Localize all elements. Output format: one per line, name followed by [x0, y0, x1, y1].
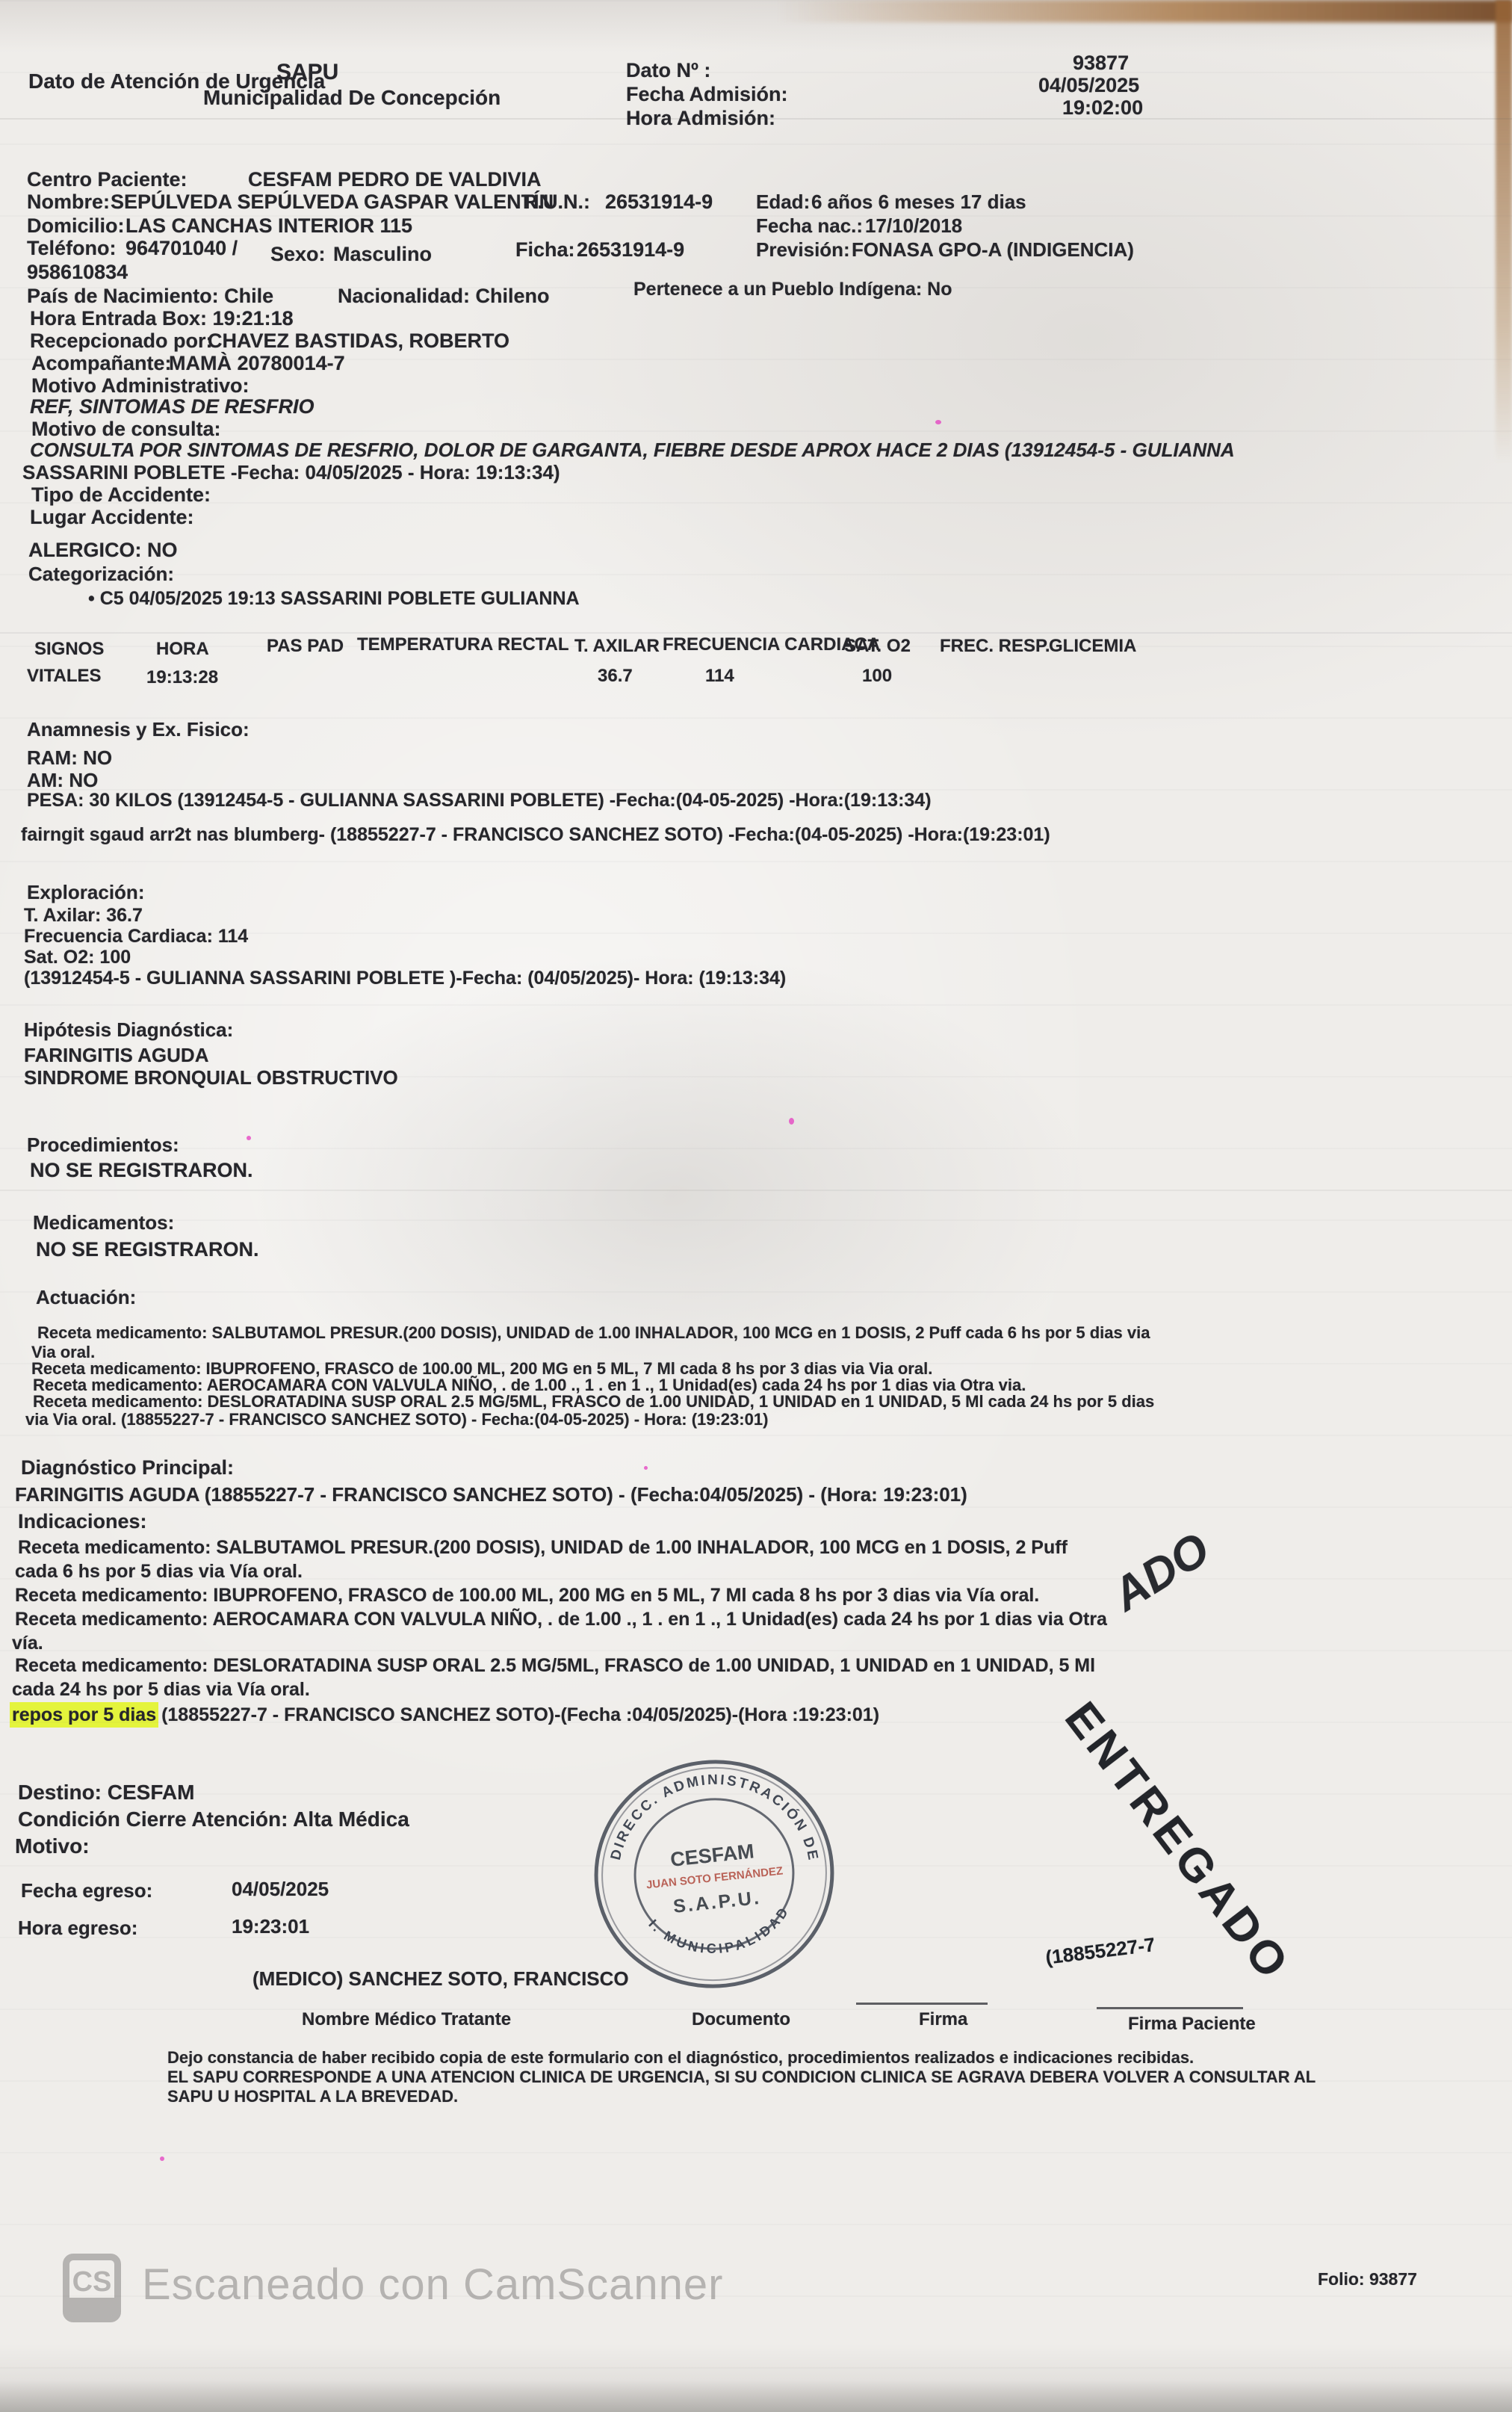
ink-speck: [789, 1118, 794, 1125]
disclaimer-line: Dejo constancia de haber recibido copia …: [167, 2049, 1194, 2067]
ficha-label: Ficha:: [515, 239, 575, 262]
motivo-admin-label: Motivo Administrativo:: [31, 375, 250, 398]
hora-admision-value: 19:02:00: [1062, 97, 1143, 120]
camscanner-watermark: Escaneado con CamScanner: [142, 2261, 723, 2309]
vitales-row-label-2: VITALES: [27, 667, 102, 686]
seal-center-name: JUAN SOTO FERNÁNDEZ: [645, 1864, 784, 1891]
indicaciones-line: cada 6 hs por 5 dias via Vía oral.: [15, 1562, 303, 1583]
ink-speck: [935, 420, 941, 424]
edad-value: 6 años 6 meses 17 dias: [811, 191, 1026, 213]
telefono-value: 964701040 /: [126, 238, 238, 260]
run-label: R.U.N.:: [523, 191, 590, 214]
motivo-consulta-line2: SASSARINI POBLETE -Fecha: 04/05/2025 - H…: [22, 462, 560, 483]
dato-n-label: Dato Nº :: [626, 60, 710, 82]
anamnesis-ram: RAM: NO: [27, 747, 112, 769]
categoria-item: • C5 04/05/2025 19:13 SASSARINI POBLETE …: [88, 589, 580, 610]
scan-crease: [0, 1190, 1512, 1191]
disclaimer-line: SAPU U HOSPITAL A LA BREVEDAD.: [167, 2088, 458, 2106]
vitales-row-label-1: SIGNOS: [34, 640, 104, 659]
nombre-label: Nombre:: [27, 191, 110, 214]
lugar-accidente-label: Lugar Accidente:: [30, 507, 194, 529]
pais-nacimiento: País de Nacimiento: Chile: [27, 285, 273, 308]
vitales-header-glicemia: GLICEMIA: [1049, 637, 1136, 656]
medicamentos-value: NO SE REGISTRARON.: [36, 1239, 259, 1261]
fecha-nac-label: Fecha nac.:: [756, 215, 863, 237]
medicamentos-title: Medicamentos:: [33, 1212, 174, 1234]
vitales-t-axilar-value: 36.7: [598, 667, 633, 686]
centro-label: Centro Paciente:: [27, 169, 188, 191]
motivo-admin-value: REF, SINTOMAS DE RESFRIO: [30, 396, 315, 418]
ado-stamp-fragment: ADO: [1104, 1524, 1218, 1621]
camscanner-logo-text: CS: [69, 2266, 114, 2298]
hipotesis-title: Hipótesis Diagnóstica:: [24, 1019, 233, 1041]
telefono-value2: 958610834: [27, 262, 128, 284]
diagnostico-value: FARINGITIS AGUDA (18855227-7 - FRANCISCO…: [15, 1484, 967, 1506]
alergico: ALERGICO: NO: [28, 539, 178, 562]
repos-highlight: repos por 5 dias: [12, 1704, 156, 1725]
vitales-frec-cardiaca-value: 114: [705, 667, 734, 686]
indicaciones-line: cada 24 hs por 5 dias via Vía oral.: [12, 1680, 310, 1701]
vitales-header-frec-resp: FREC. RESP.: [940, 637, 1050, 656]
ink-speck: [160, 2156, 164, 2161]
ink-speck: [247, 1136, 251, 1140]
fecha-egreso-value: 04/05/2025: [232, 1878, 329, 1900]
vitales-header-pas-pad: PAS PAD: [267, 637, 344, 656]
firma-paciente-line: [1097, 2007, 1243, 2009]
prevision-label: Previsión:: [756, 239, 850, 261]
acompanante-label: Acompañante:: [31, 353, 172, 375]
fecha-nac-value: 17/10/2018: [865, 215, 962, 237]
hora-egreso-label: Hora egreso:: [18, 1917, 137, 1939]
hipotesis-dx: FARINGITIS AGUDA: [24, 1045, 208, 1066]
indicaciones-repos-line: repos por 5 dias (18855227-7 - FRANCISCO…: [12, 1705, 879, 1726]
domicilio-label: Domicilio:: [27, 215, 125, 238]
pueblo-indigena: Pertenece a un Pueblo Indígena: No: [633, 279, 952, 300]
run-value: 26531914-9: [605, 191, 713, 214]
ficha-value: 26531914-9: [577, 239, 684, 262]
motivo-cierre-label: Motivo:: [15, 1835, 90, 1858]
fecha-admision-value: 04/05/2025: [1038, 75, 1139, 97]
disclaimer-line: EL SAPU CORRESPONDE A UNA ATENCION CLINI…: [167, 2068, 1316, 2086]
firma-line: [856, 2003, 988, 2005]
recepcionado-label: Recepcionado por:: [30, 330, 213, 353]
hora-entrada-box: Hora Entrada Box: 19:21:18: [30, 308, 294, 330]
org-subtitle: Municipalidad De Concepción: [203, 87, 501, 110]
acompanante-value: MAMÀ 20780014-7: [169, 353, 345, 375]
recepcionado-value: CHAVEZ BASTIDAS, ROBERTO: [208, 330, 509, 353]
anamnesis-nota: fairngit sgaud arr2t nas blumberg- (1885…: [21, 825, 1050, 846]
folio-number: Folio: 93877: [1318, 2270, 1417, 2289]
scan-crease: [0, 632, 1512, 634]
condicion-cierre: Condición Cierre Atención: Alta Médica: [18, 1808, 409, 1831]
procedimientos-title: Procedimientos:: [27, 1134, 179, 1156]
vitales-header-hora: HORA: [156, 640, 209, 659]
scan-edge-right: [1496, 0, 1512, 463]
procedimientos-value: NO SE REGISTRARON.: [30, 1160, 253, 1182]
repos-rest: (18855227-7 - FRANCISCO SANCHEZ SOTO)-(F…: [156, 1704, 879, 1725]
fecha-egreso-label: Fecha egreso:: [21, 1880, 152, 1902]
medico-tratante: (MEDICO) SANCHEZ SOTO, FRANCISCO: [252, 1968, 629, 1990]
documento-label: Documento: [692, 2010, 790, 2029]
domicilio-value: LAS CANCHAS INTERIOR 115: [126, 215, 412, 238]
indicaciones-line: Receta medicamento: SALBUTAMOL PRESUR.(2…: [18, 1538, 1068, 1559]
indicaciones-line: Receta medicamento: IBUPROFENO, FRASCO d…: [15, 1586, 1039, 1607]
vitales-header-temp-rectal: TEMPERATURA RECTAL: [357, 635, 569, 655]
indicaciones-line: Receta medicamento: AEROCAMARA CON VALVU…: [15, 1609, 1107, 1630]
nombre-value: SEPÚLVEDA SEPÚLVEDA GASPAR VALENTÍN: [111, 191, 554, 214]
seal-number: (18855227-7: [1044, 1934, 1156, 1968]
scanned-medical-form: Dato de Atención de Urgencia SAPU Munici…: [0, 0, 1512, 2412]
fecha-admision-label: Fecha Admisión:: [626, 84, 788, 106]
scan-edge-top: [777, 0, 1512, 22]
indicaciones-line: vía.: [12, 1633, 43, 1654]
telefono-label: Teléfono:: [27, 238, 116, 260]
org-name: SAPU: [276, 60, 338, 84]
dato-n-value: 93877: [1073, 52, 1129, 75]
anamnesis-title: Anamnesis y Ex. Fisico:: [27, 719, 250, 740]
motivo-consulta-label: Motivo de consulta:: [31, 418, 221, 441]
exploracion-line: Sat. O2: 100: [24, 947, 131, 968]
indicaciones-line: Receta medicamento: DESLORATADINA SUSP O…: [15, 1656, 1095, 1677]
ink-speck: [644, 1466, 648, 1470]
exploracion-line: (13912454-5 - GULIANNA SASSARINI POBLETE…: [24, 968, 786, 989]
camscanner-logo-icon: CS: [63, 2254, 121, 2322]
vitales-sat-o2-value: 100: [862, 667, 892, 686]
firma-paciente-label: Firma Paciente: [1128, 2014, 1256, 2034]
destino: Destino: CESFAM: [18, 1781, 194, 1805]
diagnostico-title: Diagnóstico Principal:: [21, 1457, 234, 1479]
indicaciones-title: Indicaciones:: [18, 1511, 147, 1533]
anamnesis-am: AM: NO: [27, 770, 98, 791]
seal-center-sapu: S.A.P.U.: [672, 1887, 762, 1917]
sexo-label: Sexo:: [270, 244, 326, 266]
hora-egreso-value: 19:23:01: [232, 1916, 309, 1938]
actuacion-line: Receta medicamento: DESLORATADINA SUSP O…: [33, 1393, 1154, 1411]
exploracion-title: Exploración:: [27, 882, 144, 903]
vitales-header-sat-o2: SAT. O2: [844, 637, 911, 656]
vitales-hora-value: 19:13:28: [146, 668, 218, 687]
scan-edge-bottom: [0, 2381, 1512, 2412]
exploracion-line: Frecuencia Cardiaca: 114: [24, 927, 248, 947]
firma-label: Firma: [919, 2010, 967, 2029]
nacionalidad: Nacionalidad: Chileno: [338, 285, 550, 308]
hora-admision-label: Hora Admisión:: [626, 108, 775, 130]
actuacion-line: Receta medicamento: SALBUTAMOL PRESUR.(2…: [37, 1324, 1150, 1342]
nombre-medico-label: Nombre Médico Tratante: [302, 2010, 511, 2029]
tipo-accidente-label: Tipo de Accidente:: [31, 484, 211, 507]
actuacion-title: Actuación:: [36, 1287, 136, 1308]
exploracion-line: T. Axilar: 36.7: [24, 906, 143, 927]
prevision-value: FONASA GPO-A (INDIGENCIA): [852, 239, 1134, 261]
edad-label: Edad:: [756, 191, 810, 213]
sexo-value: Masculino: [333, 244, 432, 266]
actuacion-line: via Via oral. (18855227-7 - FRANCISCO SA…: [25, 1411, 768, 1429]
anamnesis-pesa: PESA: 30 KILOS (13912454-5 - GULIANNA SA…: [27, 791, 932, 811]
hipotesis-dx: SINDROME BRONQUIAL OBSTRUCTIVO: [24, 1067, 398, 1089]
categorizacion-label: Categorización:: [28, 563, 174, 585]
centro-value: CESFAM PEDRO DE VALDIVIA: [248, 169, 542, 191]
vitales-header-t-axilar: T. AXILAR: [574, 637, 660, 656]
seal-center-cesfam: CESFAM: [669, 1840, 755, 1871]
motivo-consulta-line1: CONSULTA POR SINTOMAS DE RESFRIO, DOLOR …: [30, 439, 1235, 461]
camscanner-logo-bar: [69, 2298, 114, 2316]
